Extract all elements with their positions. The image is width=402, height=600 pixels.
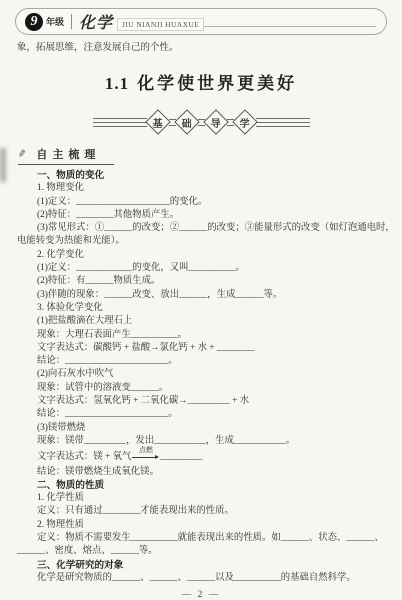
text-line: (3)伴随的现象：______改变、放出______，生成______等。 xyxy=(17,289,388,302)
text-line: 3. 体验化学变化 xyxy=(17,302,388,315)
section-banner: 基 础 导 学 xyxy=(0,109,402,135)
lesson-number: 1.1 xyxy=(105,74,129,93)
subject-title: 化学 xyxy=(79,10,113,33)
text-line: 文字表达式：氢氧化钙 + 二氧化碳→_________ + 水 xyxy=(17,395,388,408)
banner-char: 基 xyxy=(153,115,163,130)
banner-char: 学 xyxy=(240,115,250,130)
pen-icon: ✎ xyxy=(17,148,27,160)
grade-label: 年级 xyxy=(46,15,64,28)
text-line: ______、密度、熔点、______等。 xyxy=(17,545,388,558)
text-line: 结论：镁带燃烧生成氧化镁。 xyxy=(17,466,388,479)
text-line: 现象：试管中的溶液变______。 xyxy=(17,382,388,395)
banner-lines-right xyxy=(256,118,310,127)
text-line: (1)把盐酸滴在大理石上 xyxy=(17,315,388,328)
banner-diamond: 学 xyxy=(232,109,257,134)
book-header: 9 年级 化学 JIU NIANJI HUAXUE xyxy=(15,8,387,35)
text-line: (3)镁带燃烧 xyxy=(17,422,388,435)
header-divider xyxy=(71,14,72,29)
text-line: 定义：物质不需要发生__________就能表现出来的性质。如______、状态… xyxy=(17,532,388,545)
intro-text: 象，拓展思维，注意发展自己的个性。 xyxy=(17,42,386,54)
text-line: (3)常见形式：①______的改变；②______的改变；③能量形式的改变（如… xyxy=(17,222,388,235)
text-line: 文字表达式：镁 + 氧气点燃_________ xyxy=(17,451,388,464)
text-line: 一、物质的变化 xyxy=(17,169,388,182)
text-line: 2. 化学变化 xyxy=(17,249,388,262)
text-line: 定义：只有通过________才能表现出来的性质。 xyxy=(17,505,388,518)
subsection-heading: ✎ 自主梳理 xyxy=(18,146,114,165)
text-line: 1. 物理变化 xyxy=(17,182,388,195)
lesson-title-text: 化学使世界更美好 xyxy=(137,74,297,93)
text-line: 结论：______________________。 xyxy=(17,408,388,421)
text-line: 现象：镁带_________，发出___________，生成_________… xyxy=(17,435,388,448)
banner-char: 导 xyxy=(211,115,221,130)
reaction-blank: _________ xyxy=(160,452,202,462)
page-number: — 2 — xyxy=(0,590,402,600)
text-line: 1. 化学性质 xyxy=(17,492,388,505)
text-line: 三、化学研究的对象 xyxy=(17,559,388,572)
text-line: 二、物质的性质 xyxy=(17,479,388,492)
text-line: (1)定义：____________________的变化。 xyxy=(17,196,388,209)
lesson-title: 1.1化学使世界更美好 xyxy=(0,69,402,94)
subject-pinyin: JIU NIANJI HUAXUE xyxy=(117,18,204,31)
text-line: 现象：大理石表面产生__________。 xyxy=(17,329,388,342)
text-line: 电能转变为热能和光能）。 xyxy=(17,235,388,248)
arrow-icon xyxy=(132,451,159,460)
text-line: 文字表达式：碳酸钙 + 盐酸→氯化钙 + 水 + ________ xyxy=(17,342,388,355)
header-rule xyxy=(204,26,376,27)
banner-diamond: 础 xyxy=(174,109,199,134)
text-line: (2)特征：________其他物质产生。 xyxy=(17,209,388,222)
subsection-heading-text: 自主梳理 xyxy=(36,146,100,162)
content-lines: 一、物质的变化1. 物理变化(1)定义：____________________… xyxy=(17,169,388,585)
text-line: 化学是研究物质的______、______、______以及__________… xyxy=(17,572,388,585)
banner-diamond: 基 xyxy=(145,109,170,134)
reaction-prefix: 文字表达式：镁 + 氧气 xyxy=(37,452,131,462)
banner-lines-left xyxy=(93,118,147,127)
text-line: (1)定义：____________的变化，又叫__________。 xyxy=(17,262,388,275)
scan-smudge xyxy=(0,148,6,182)
banner-diamond: 导 xyxy=(203,109,228,134)
grade-badge: 9 xyxy=(25,13,43,31)
text-line: (2)特征：有______物质生成。 xyxy=(17,275,388,288)
text-line: 2. 物理性质 xyxy=(17,519,388,532)
banner-char: 础 xyxy=(182,115,192,130)
reaction-arrow: 点燃 xyxy=(132,451,159,464)
text-line: (2)向石灰水中吹气 xyxy=(17,368,388,381)
text-line: 结论：______________________。 xyxy=(17,355,388,368)
